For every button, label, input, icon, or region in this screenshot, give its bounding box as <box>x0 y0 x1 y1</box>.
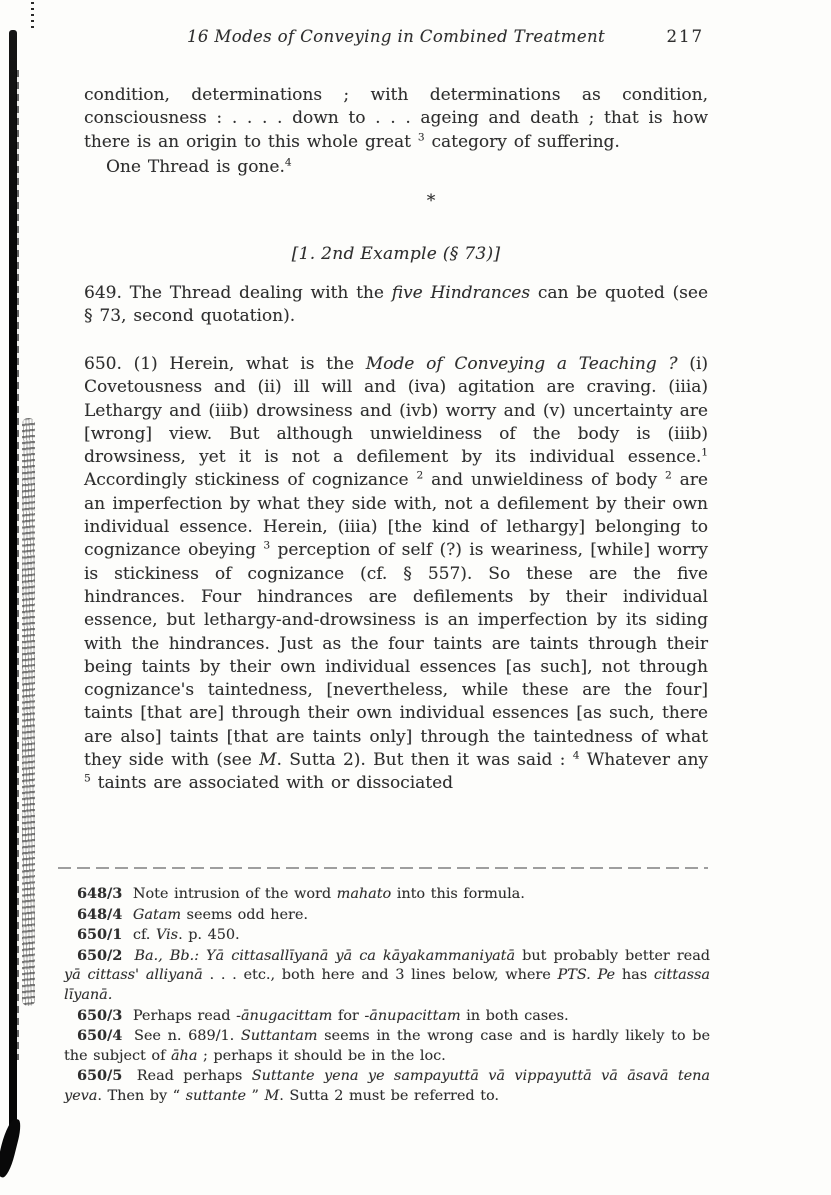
footnote-650-2: 650/2 Ba., Bb.: Yā cittasallīyanā yā ca … <box>64 946 710 1006</box>
section-break-asterisk: * <box>84 191 708 211</box>
scan-artifact-gutter-speckle <box>22 418 35 1006</box>
footnote-650-3: 650/3 Perhaps read -ānugacittam for -ānu… <box>64 1006 710 1027</box>
footnote-650-4: 650/4 See n. 689/1. Suttantam seems in t… <box>64 1026 710 1066</box>
scan-artifact-bar-edge <box>16 70 19 1060</box>
footnote-650-1: 650/1 cf. Vis. p. 450. <box>64 925 710 946</box>
footnotes-block: 648/3 Note intrusion of the word mahato … <box>64 884 710 1107</box>
page-number: 217 <box>667 27 705 46</box>
scan-artifact-bar-tail <box>0 1117 23 1179</box>
paragraph-one-thread: One Thread is gone.4 <box>84 156 708 179</box>
footnote-648-4: 648/4 Gatam seems odd here. <box>64 905 710 926</box>
footnote-650-5: 650/5 Read perhaps Suttante yena ye samp… <box>64 1066 710 1106</box>
paragraph-650: 650. (1) Herein, what is the Mode of Con… <box>84 353 708 796</box>
footnote-separator-rule <box>58 867 708 869</box>
running-header: 16 Modes of Conveying in Combined Treatm… <box>84 27 708 49</box>
footnote-648-3: 648/3 Note intrusion of the word mahato … <box>64 884 710 905</box>
scan-artifact-dots <box>31 2 34 32</box>
paragraph-continuation: condition, determinations ; with determi… <box>84 84 708 154</box>
scanned-book-page: 16 Modes of Conveying in Combined Treatm… <box>0 0 831 1195</box>
paragraph-649: 649. The Thread dealing with the five Hi… <box>84 282 708 329</box>
section-heading: [1. 2nd Example (§ 73)] <box>84 244 708 264</box>
running-header-title: 16 Modes of Conveying in Combined Treatm… <box>84 27 708 46</box>
